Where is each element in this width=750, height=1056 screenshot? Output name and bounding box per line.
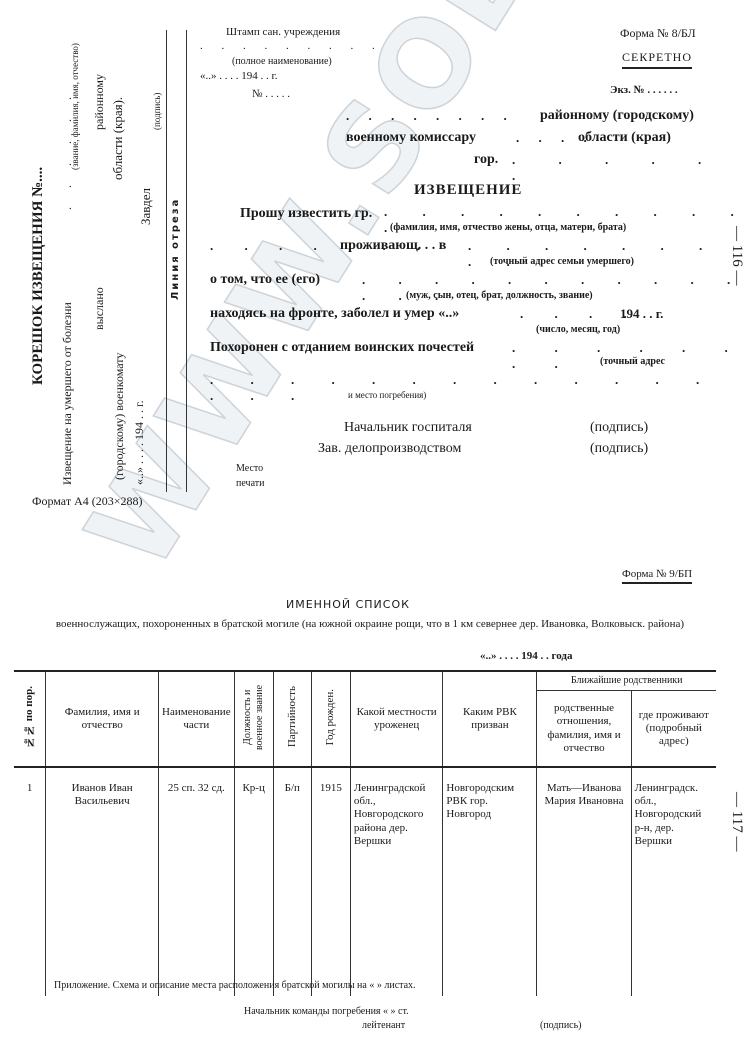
notice-line2: проживающ. . . в: [340, 238, 446, 254]
cell-birthplace: Ленинградской обл., Новгородского района…: [350, 767, 443, 996]
stamp-label: Штамп сан. учреждения: [226, 26, 340, 38]
stub-line2-prefix: выслано: [92, 287, 107, 330]
col-relatives-group: Ближайшие родственники: [537, 671, 716, 691]
col-birthplace: Какой местности уроженец: [350, 671, 443, 767]
cell-num: 1: [14, 767, 46, 996]
col-relation: родственные отношения, фамилия, имя и от…: [537, 691, 631, 768]
stub-line4-hint: (подпись): [152, 93, 162, 130]
notice-line3: о том, что ее (его): [210, 272, 320, 288]
addressee-line2-prefix: военному комиссару: [346, 130, 476, 146]
cell-rank: Кр-ц: [234, 767, 273, 996]
chief-rank: лейтенант: [362, 1020, 405, 1031]
addressee-line2-suffix: области (края): [578, 130, 671, 146]
stub-line2-suffix: районному: [92, 74, 107, 130]
addressee-line1: районному (городскому): [540, 108, 694, 124]
table-row: 1Иванов Иван Васильевич25 сп. 32 сд.Кр-ц…: [14, 767, 716, 996]
cut-line-label: Линия отреза: [170, 198, 181, 300]
stamp-hint: (полное наименование): [232, 56, 332, 67]
cell-birth-year: 1915: [311, 767, 350, 996]
appendix-note: Приложение. Схема и описание места распо…: [54, 980, 416, 991]
form2-number: Форма № 9/БП: [622, 568, 692, 584]
notice-line4-year: 194 . . г.: [620, 306, 663, 322]
stamp-dots: . . . . . . . . .: [200, 40, 383, 52]
notice-line5: Похоронен с отданием воинских почестей: [210, 340, 474, 356]
list-date: «..» . . . . 194 . . года: [480, 650, 572, 662]
cut-line-right: [186, 30, 187, 492]
page-number-bottom: — 117 —: [728, 792, 745, 851]
stub-line3-prefix: (городскому) военкомату: [112, 353, 127, 480]
notice-title: ИЗВЕЩЕНИЕ: [414, 182, 522, 199]
list-title: ИМЕННОЙ СПИСОК: [286, 598, 410, 611]
stub-line4-date: «..» . . . . 194 . . г.: [132, 400, 147, 485]
page-number-top: — 116 —: [728, 226, 745, 285]
seal-place-2: печати: [236, 478, 264, 489]
notice-line1-hint: (фамилия, имя, отчество жены, отца, мате…: [390, 222, 626, 233]
col-birth-year: Год рожден.: [311, 671, 350, 767]
format-label: Формат А4 (203×288): [32, 494, 143, 509]
cell-relation: Мать—Иванова Мария Ивановна: [537, 767, 631, 996]
cell-rvk: Новгородским РВК гор. Новгород: [443, 767, 537, 996]
chief-signature-hint: (подпись): [540, 1020, 582, 1031]
sign1-label: Начальник госпиталя: [344, 420, 472, 436]
notice-line2-hint: (точный адрес семьи умершего): [490, 256, 634, 267]
sign2-label: Зав. делопроизводством: [318, 441, 461, 457]
cell-unit: 25 сп. 32 сд.: [159, 767, 235, 996]
chief-label: Начальник команды погребения « » ст.: [244, 1006, 409, 1017]
notice-line6-hint: и место погребения): [348, 390, 426, 400]
sign2-hint: (подпись): [590, 441, 648, 457]
burial-list-table: №№ по пор. Фамилия, имя и отчество Наиме…: [14, 670, 716, 996]
notice-line1: Прошу известить гр.: [240, 206, 372, 222]
addressee-dots3: . . . . . .: [512, 152, 750, 184]
notice-line6-dots: . . . . . . . . . . . . . . . .: [210, 372, 750, 404]
notice-line3-hint: (муж, сын, отец, брат, должность, звание…: [406, 290, 593, 301]
stub-line1-hint: (звание, фамилия, имя, отчество): [70, 43, 80, 170]
col-party: Партийность: [273, 671, 311, 767]
stub-line1: Извещение на умершего от болезни: [60, 302, 75, 485]
cell-address: Ленинградск. обл., Новгородский р-н, дер…: [631, 767, 716, 996]
col-address: где проживают (подробный адрес): [631, 691, 716, 768]
stamp-date: «..» . . . . 194 . . г.: [200, 70, 278, 82]
secret-label: СЕКРЕТНО: [622, 50, 692, 69]
addressee-dots1: . . . . . . . .: [346, 108, 515, 124]
copy-number: Экз. № . . . . . .: [610, 84, 678, 96]
notice-line4-hint: (число, месяц, год): [536, 324, 620, 335]
stub-line4-suffix: Завдел: [138, 188, 154, 225]
notice-line4: находясь на фронте, заболел и умер «..»: [210, 306, 459, 322]
form1-number: Форма № 8/БЛ: [620, 26, 696, 41]
col-name: Фамилия, имя и отчество: [46, 671, 159, 767]
seal-place-1: Место: [236, 463, 263, 474]
cell-name: Иванов Иван Васильевич: [46, 767, 159, 996]
stub-section: КОРЕШОК ИЗВЕЩЕНИЯ №.... Извещение на уме…: [12, 30, 162, 490]
stamp-number: № . . . . .: [252, 88, 290, 100]
notice-line5-hint: (точный адрес: [600, 356, 665, 367]
col-rvk: Каким РВК призван: [443, 671, 537, 767]
cut-line-left: [166, 30, 167, 492]
sign1-hint: (подпись): [590, 420, 648, 436]
stub-title: КОРЕШОК ИЗВЕЩЕНИЯ №....: [30, 167, 47, 385]
stub-line3-suffix: области (края).: [110, 97, 126, 180]
addressee-line3: гор.: [474, 152, 498, 168]
col-rank: Должность и военное звание: [234, 671, 273, 767]
list-subtitle: военнослужащих, похороненных в братской …: [20, 618, 720, 632]
col-num: №№ по пор.: [14, 671, 46, 767]
col-unit: Наименование части: [159, 671, 235, 767]
cell-party: Б/п: [273, 767, 311, 996]
